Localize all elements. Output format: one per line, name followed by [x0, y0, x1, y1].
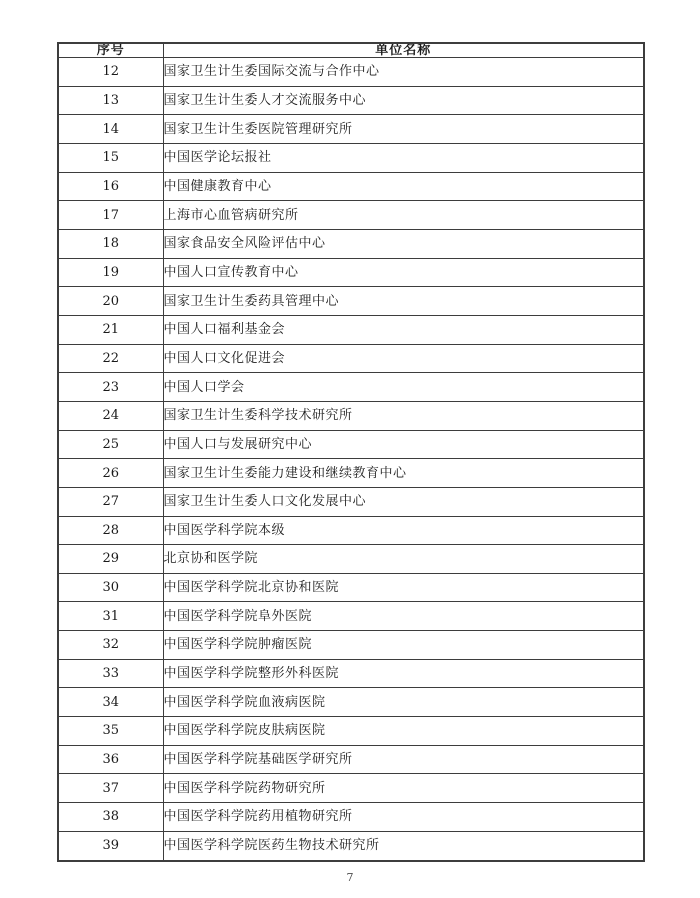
- table-header-row: 序号 单位名称: [58, 43, 644, 58]
- page-number: 7: [0, 871, 700, 884]
- table-row: 37中国医学科学院药物研究所: [58, 774, 644, 803]
- serial-number-cell: 20: [58, 287, 163, 316]
- unit-name-cell: 中国医学科学院基础医学研究所: [163, 745, 644, 774]
- serial-number-cell: 35: [58, 717, 163, 746]
- unit-name-cell: 中国医学科学院本级: [163, 516, 644, 545]
- table-row: 17上海市心血管病研究所: [58, 201, 644, 230]
- serial-number-cell: 27: [58, 487, 163, 516]
- unit-name-cell: 国家卫生计生委国际交流与合作中心: [163, 58, 644, 87]
- unit-name-cell: 国家卫生计生委能力建设和继续教育中心: [163, 459, 644, 488]
- unit-name-cell: 中国医学科学院整形外科医院: [163, 659, 644, 688]
- table-row: 15中国医学论坛报社: [58, 143, 644, 172]
- serial-number-cell: 39: [58, 831, 163, 861]
- unit-name-cell: 中国医学科学院皮肤病医院: [163, 717, 644, 746]
- table-body: 12国家卫生计生委国际交流与合作中心13国家卫生计生委人才交流服务中心14国家卫…: [58, 58, 644, 862]
- document-page: 序号 单位名称 12国家卫生计生委国际交流与合作中心13国家卫生计生委人才交流服…: [0, 0, 700, 898]
- serial-number-cell: 33: [58, 659, 163, 688]
- table-row: 28中国医学科学院本级: [58, 516, 644, 545]
- serial-number-cell: 16: [58, 172, 163, 201]
- unit-name-cell: 中国医学科学院药用植物研究所: [163, 803, 644, 832]
- unit-name-cell: 国家卫生计生委医院管理研究所: [163, 115, 644, 144]
- serial-number-cell: 37: [58, 774, 163, 803]
- table-row: 33中国医学科学院整形外科医院: [58, 659, 644, 688]
- unit-name-cell: 国家卫生计生委药具管理中心: [163, 287, 644, 316]
- unit-name-cell: 中国医学论坛报社: [163, 143, 644, 172]
- serial-number-cell: 13: [58, 86, 163, 115]
- serial-number-cell: 15: [58, 143, 163, 172]
- table-row: 18国家食品安全风险评估中心: [58, 229, 644, 258]
- serial-number-cell: 29: [58, 545, 163, 574]
- serial-number-cell: 32: [58, 631, 163, 660]
- unit-name-cell: 中国人口宣传教育中心: [163, 258, 644, 287]
- table-row: 14国家卫生计生委医院管理研究所: [58, 115, 644, 144]
- serial-number-cell: 17: [58, 201, 163, 230]
- header-unit-name: 单位名称: [163, 43, 644, 58]
- table-row: 23中国人口学会: [58, 373, 644, 402]
- serial-number-cell: 25: [58, 430, 163, 459]
- table-row: 27国家卫生计生委人口文化发展中心: [58, 487, 644, 516]
- serial-number-cell: 26: [58, 459, 163, 488]
- serial-number-cell: 28: [58, 516, 163, 545]
- table-row: 34中国医学科学院血液病医院: [58, 688, 644, 717]
- table-row: 30中国医学科学院北京协和医院: [58, 573, 644, 602]
- unit-name-cell: 中国医学科学院肿瘤医院: [163, 631, 644, 660]
- unit-table: 序号 单位名称 12国家卫生计生委国际交流与合作中心13国家卫生计生委人才交流服…: [57, 42, 645, 862]
- unit-name-cell: 中国医学科学院阜外医院: [163, 602, 644, 631]
- unit-name-cell: 中国医学科学院药物研究所: [163, 774, 644, 803]
- table-row: 36中国医学科学院基础医学研究所: [58, 745, 644, 774]
- unit-name-cell: 中国人口学会: [163, 373, 644, 402]
- serial-number-cell: 34: [58, 688, 163, 717]
- table-row: 35中国医学科学院皮肤病医院: [58, 717, 644, 746]
- serial-number-cell: 31: [58, 602, 163, 631]
- unit-name-cell: 中国人口文化促进会: [163, 344, 644, 373]
- unit-name-cell: 国家卫生计生委人才交流服务中心: [163, 86, 644, 115]
- unit-name-cell: 中国医学科学院北京协和医院: [163, 573, 644, 602]
- serial-number-cell: 23: [58, 373, 163, 402]
- serial-number-cell: 30: [58, 573, 163, 602]
- table-row: 32中国医学科学院肿瘤医院: [58, 631, 644, 660]
- table-row: 13国家卫生计生委人才交流服务中心: [58, 86, 644, 115]
- serial-number-cell: 36: [58, 745, 163, 774]
- unit-name-cell: 国家卫生计生委人口文化发展中心: [163, 487, 644, 516]
- unit-name-cell: 中国医学科学院血液病医院: [163, 688, 644, 717]
- unit-name-cell: 中国医学科学院医药生物技术研究所: [163, 831, 644, 861]
- serial-number-cell: 18: [58, 229, 163, 258]
- unit-name-cell: 国家食品安全风险评估中心: [163, 229, 644, 258]
- serial-number-cell: 21: [58, 315, 163, 344]
- table-row: 16中国健康教育中心: [58, 172, 644, 201]
- table-row: 39中国医学科学院医药生物技术研究所: [58, 831, 644, 861]
- table-row: 20国家卫生计生委药具管理中心: [58, 287, 644, 316]
- unit-name-cell: 中国人口与发展研究中心: [163, 430, 644, 459]
- unit-name-cell: 上海市心血管病研究所: [163, 201, 644, 230]
- table-row: 26国家卫生计生委能力建设和继续教育中心: [58, 459, 644, 488]
- serial-number-cell: 12: [58, 58, 163, 87]
- header-serial-number: 序号: [58, 43, 163, 58]
- unit-name-cell: 中国人口福利基金会: [163, 315, 644, 344]
- unit-name-cell: 中国健康教育中心: [163, 172, 644, 201]
- serial-number-cell: 24: [58, 401, 163, 430]
- serial-number-cell: 22: [58, 344, 163, 373]
- unit-name-cell: 国家卫生计生委科学技术研究所: [163, 401, 644, 430]
- table-row: 25中国人口与发展研究中心: [58, 430, 644, 459]
- table-row: 22中国人口文化促进会: [58, 344, 644, 373]
- table-row: 19中国人口宣传教育中心: [58, 258, 644, 287]
- table-row: 31中国医学科学院阜外医院: [58, 602, 644, 631]
- table-row: 12国家卫生计生委国际交流与合作中心: [58, 58, 644, 87]
- table-row: 38中国医学科学院药用植物研究所: [58, 803, 644, 832]
- table-row: 24国家卫生计生委科学技术研究所: [58, 401, 644, 430]
- unit-name-cell: 北京协和医学院: [163, 545, 644, 574]
- serial-number-cell: 14: [58, 115, 163, 144]
- table-row: 29北京协和医学院: [58, 545, 644, 574]
- table-row: 21中国人口福利基金会: [58, 315, 644, 344]
- serial-number-cell: 38: [58, 803, 163, 832]
- serial-number-cell: 19: [58, 258, 163, 287]
